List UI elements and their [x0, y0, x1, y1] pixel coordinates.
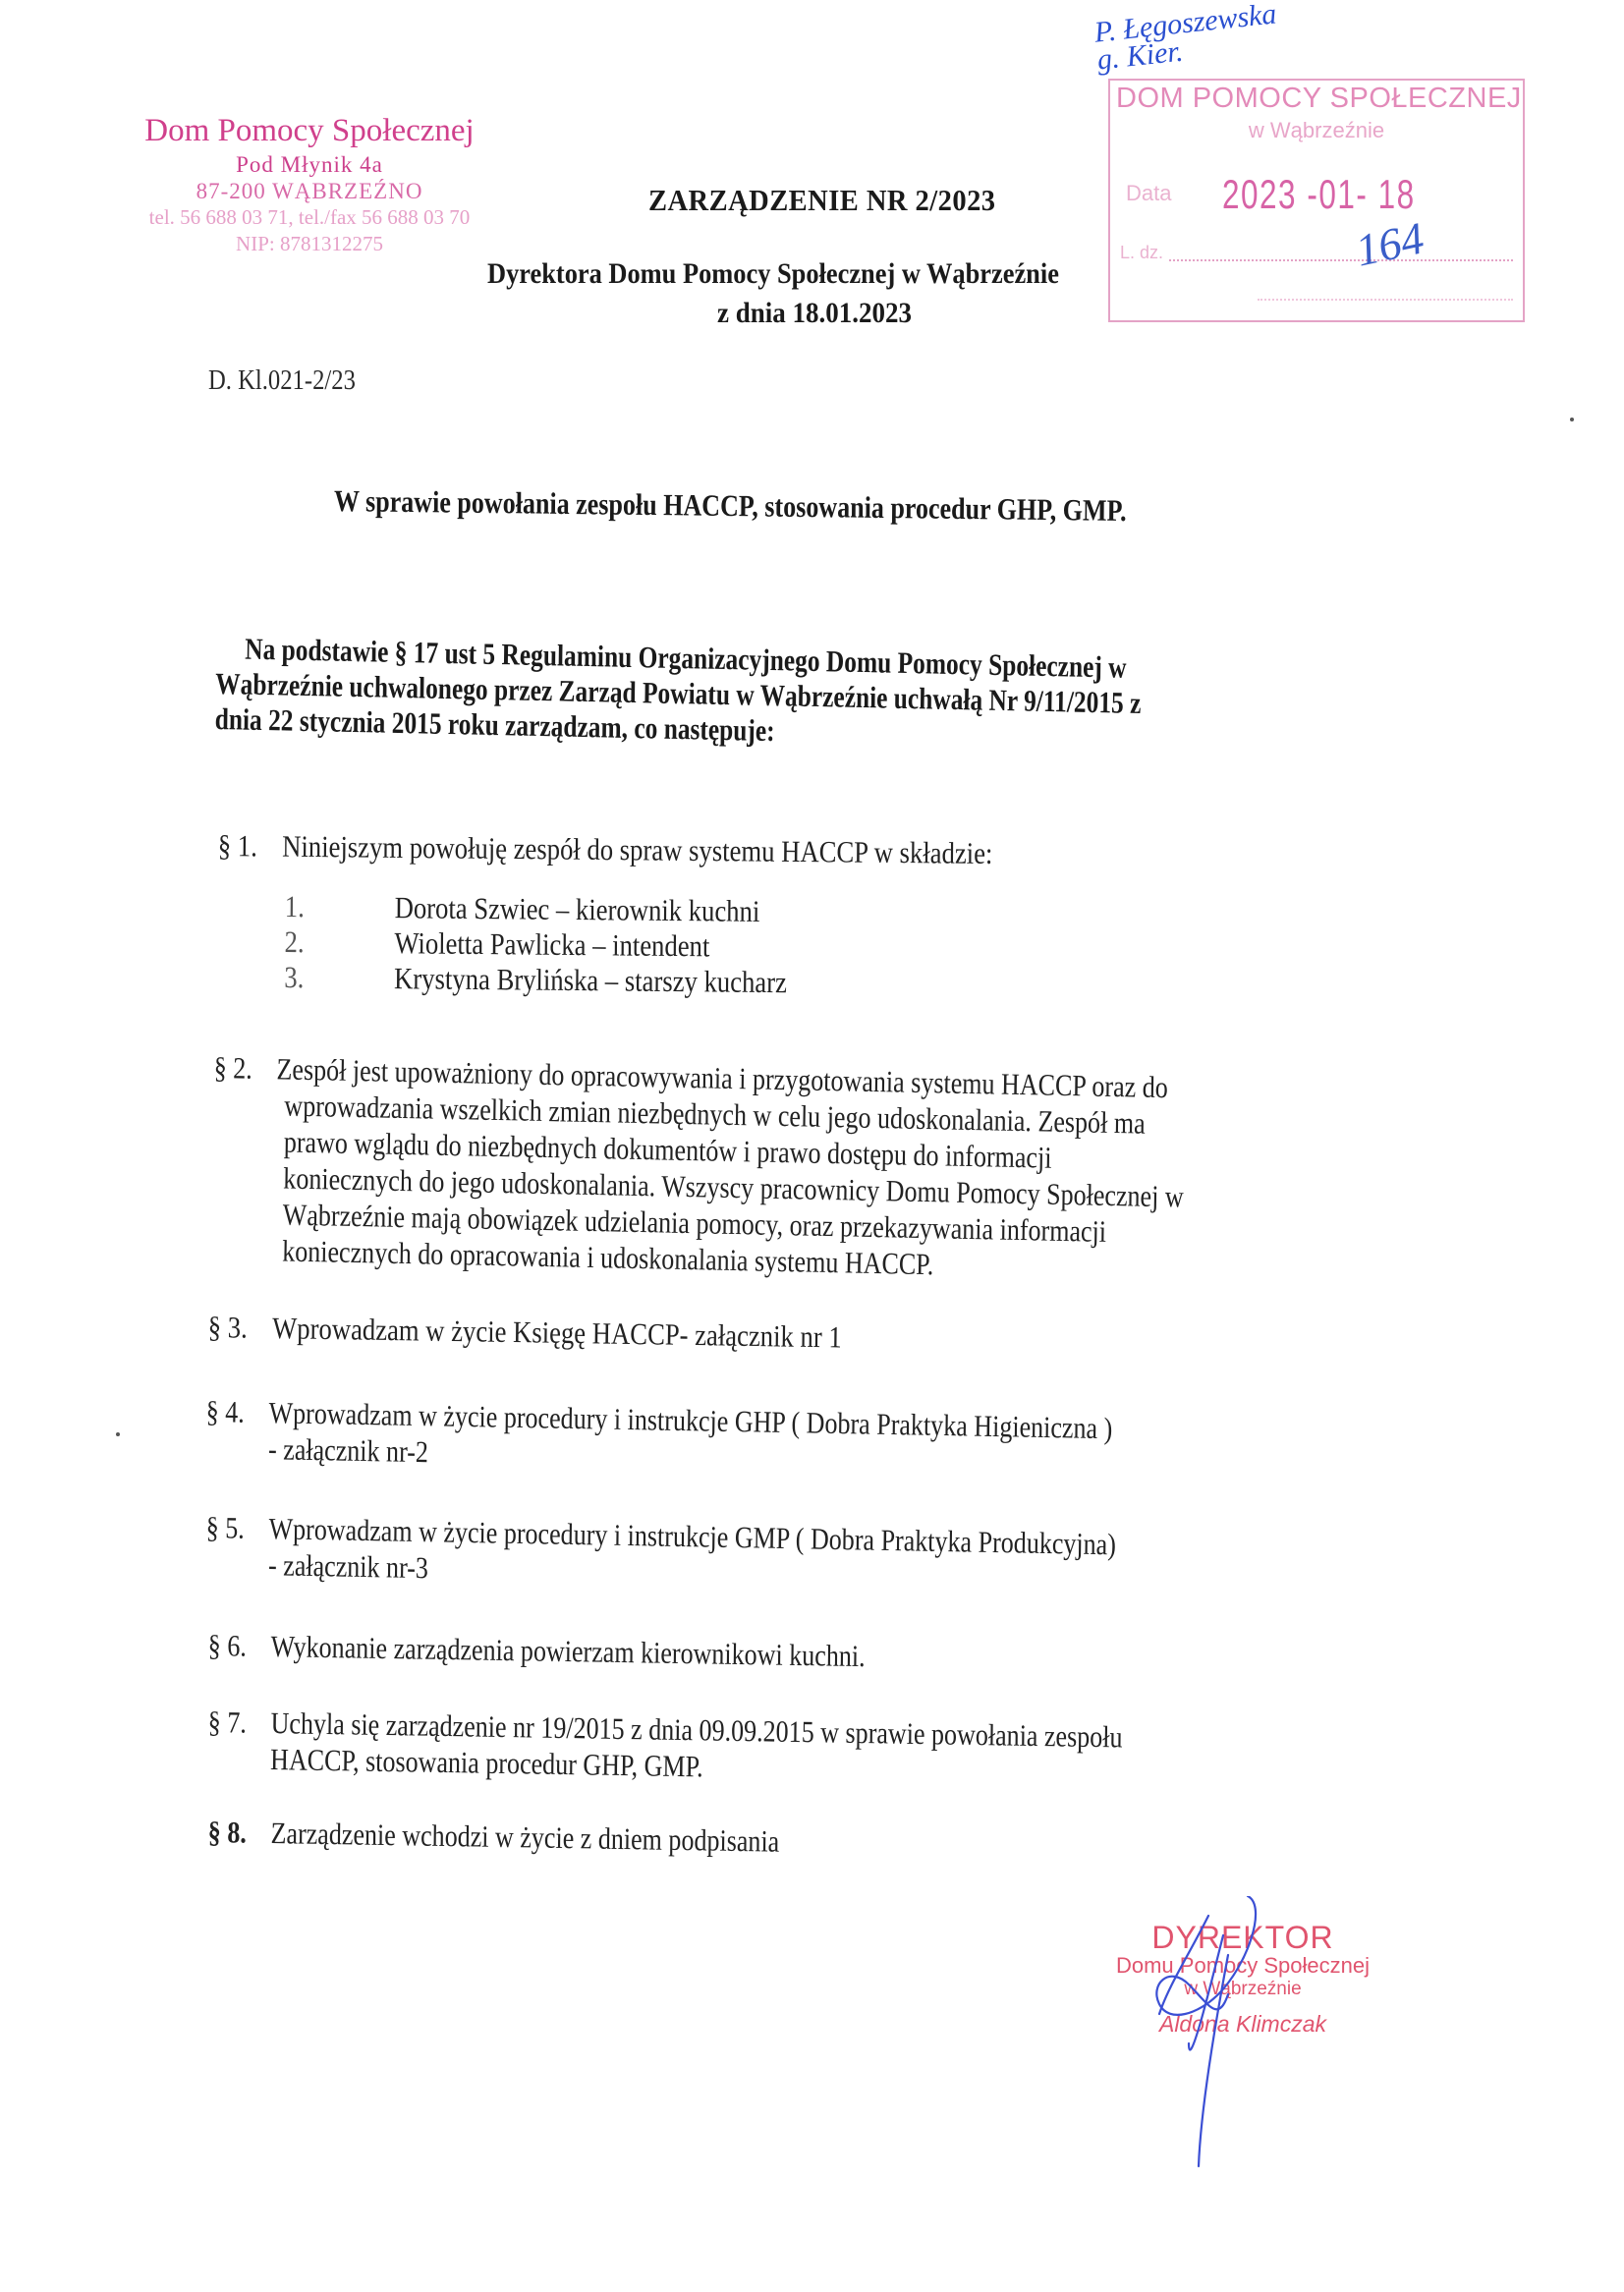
document-reference: D. Kl.021-2/23: [208, 365, 356, 397]
preamble: Na podstawie § 17 ust 5 Regulaminu Organ…: [214, 631, 1360, 761]
list-index: 1.: [285, 889, 395, 925]
signature-icon: [1130, 1896, 1287, 2171]
section-number: § 7.: [208, 1704, 271, 1741]
section-number: § 6.: [208, 1627, 271, 1664]
member-text: Wioletta Pawlicka – intendent: [394, 925, 709, 963]
section-4: § 4.Wprowadzam w życie procedury i instr…: [205, 1393, 1112, 1482]
list-item: 3.Krystyna Brylińska – starszy kucharz: [284, 960, 787, 1000]
section-2: § 2.Zespół jest upoważniony do opracowyw…: [211, 1049, 1186, 1288]
document-date: z dnia 18.01.2023: [717, 297, 912, 330]
section-number: § 2.: [213, 1049, 276, 1087]
registration-number: 164: [1351, 211, 1428, 276]
member-text: Dorota Szwiec – kierownik kuchni: [395, 890, 760, 928]
member-text: Krystyna Brylińska – starszy kucharz: [394, 961, 787, 999]
section-1: § 1.Niniejszym powołuję zespół do spraw …: [218, 827, 993, 871]
dotted-line: [1169, 259, 1513, 261]
section-number: § 8.: [208, 1814, 271, 1851]
dotted-line: [1258, 299, 1513, 301]
section-number: § 4.: [206, 1393, 269, 1430]
document-subject: W sprawie powołania zespołu HACCP, stoso…: [334, 483, 1127, 529]
team-members-list: 1.Dorota Szwiec – kierownik kuchni 2.Wio…: [284, 889, 787, 1000]
registration-date-label: Data: [1126, 181, 1171, 206]
section-number: § 5.: [206, 1509, 269, 1546]
section-number: § 1.: [218, 827, 283, 865]
list-index: 2.: [284, 924, 394, 961]
institution-street: Pod Młynik 4a: [88, 151, 531, 178]
section-5: § 5.Wprowadzam w życie procedury i instr…: [205, 1509, 1116, 1598]
handwritten-note: P. Łęgoszewska g. Kier.: [1093, 0, 1281, 74]
registration-date: 2023 -01- 18: [1222, 171, 1416, 218]
section-text: Zarządzenie wchodzi w życie z dniem podp…: [270, 1816, 779, 1859]
section-number: § 3.: [208, 1309, 273, 1346]
institution-nip: NIP: 8781312275: [88, 231, 531, 257]
institution-phone: tel. 56 688 03 71, tel./fax 56 688 03 70: [88, 204, 531, 231]
section-text: Wykonanie zarządzenia powierzam kierowni…: [270, 1629, 865, 1673]
institution-city: 87-200 WĄBRZEŹNO: [88, 178, 531, 204]
document-subtitle: Dyrektora Domu Pomocy Społecznej w Wąbrz…: [487, 257, 1059, 291]
section-8: § 8.Zarządzenie wchodzi w życie z dniem …: [208, 1814, 780, 1860]
scan-speck: [116, 1432, 120, 1436]
registration-stamp-location: w Wąbrzeźnie: [1110, 118, 1523, 143]
document-title: ZARZĄDZENIE NR 2/2023: [648, 183, 996, 218]
registration-stamp: DOM POMOCY SPOŁECZNEJ w Wąbrzeźnie Data …: [1108, 79, 1525, 322]
section-text: Niniejszym powołuję zespół do spraw syst…: [282, 829, 992, 870]
registration-stamp-institution: DOM POMOCY SPOŁECZNEJ: [1116, 83, 1522, 115]
section-3: § 3.Wprowadzam w życie Księgę HACCP- zał…: [208, 1309, 842, 1355]
section-6: § 6.Wykonanie zarządzenia powierzam kier…: [208, 1627, 866, 1674]
list-item: 1.Dorota Szwiec – kierownik kuchni: [285, 889, 788, 929]
institution-name: Dom Pomocy Społecznej: [88, 110, 531, 151]
list-index: 3.: [284, 960, 394, 996]
section-7: § 7.Uchyla się zarządzenie nr 19/2015 z …: [207, 1704, 1123, 1791]
section-text: Wprowadzam w życie Księgę HACCP- załączn…: [272, 1311, 842, 1354]
registration-ldz-label: L. dz.: [1120, 243, 1163, 263]
letterhead-stamp: Dom Pomocy Społecznej Pod Młynik 4a 87-2…: [88, 110, 531, 257]
list-item: 2.Wioletta Pawlicka – intendent: [284, 924, 787, 965]
scan-speck: [1570, 418, 1574, 421]
